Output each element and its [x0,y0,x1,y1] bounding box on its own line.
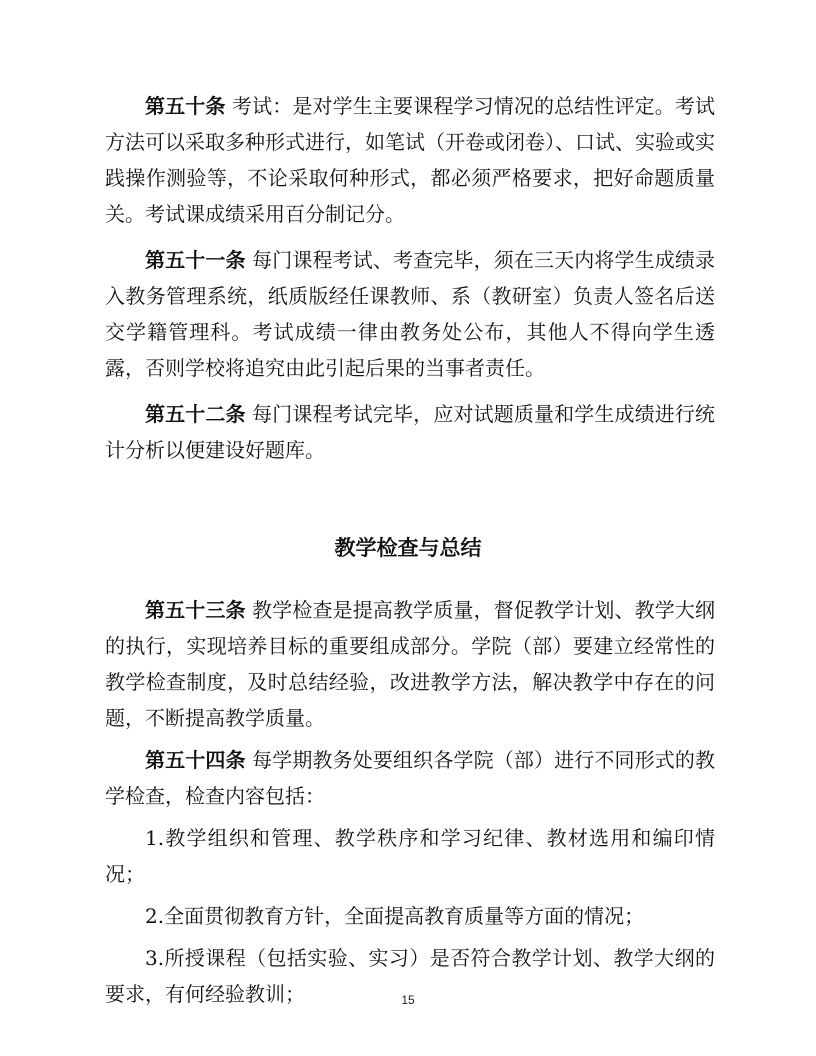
page-number: 15 [0,993,816,1007]
article-label: 第五十四条 [145,748,246,772]
list-item: 2.全面贯彻教育方针，全面提高教育质量等方面的情况； [105,898,715,934]
article-54: 第五十四条 每学期教务处要组织各学院（部）进行不同形式的教学检查，检查内容包括： [105,742,715,814]
section-heading: 教学检查与总结 [0,532,816,562]
article-51: 第五十一条 每门课程考试、考查完毕，须在三天内将学生成绩录入教务管理系统，纸质版… [105,242,715,386]
article-50: 第五十条 考试：是对学生主要课程学习情况的总结性评定。考试方法可以采取多种形式进… [105,88,715,232]
list-item: 1.教学组织和管理、教学秩序和学习纪律、教材选用和编印情况； [105,820,715,892]
articles-top: 第五十条 考试：是对学生主要课程学习情况的总结性评定。考试方法可以采取多种形式进… [105,88,715,468]
article-label: 第五十条 [145,94,226,118]
article-label: 第五十二条 [145,402,246,426]
article-52: 第五十二条 每门课程考试完毕，应对试题质量和学生成绩进行统计分析以便建设好题库。 [105,396,715,468]
document-page: 第五十条 考试：是对学生主要课程学习情况的总结性评定。考试方法可以采取多种形式进… [0,0,816,1056]
article-53: 第五十三条 教学检查是提高教学质量，督促教学计划、教学大纲的执行，实现培养目标的… [105,592,715,736]
article-label: 第五十三条 [145,598,246,622]
articles-bottom: 第五十三条 教学检查是提高教学质量，督促教学计划、教学大纲的执行，实现培养目标的… [105,592,715,1012]
article-label: 第五十一条 [145,248,246,272]
